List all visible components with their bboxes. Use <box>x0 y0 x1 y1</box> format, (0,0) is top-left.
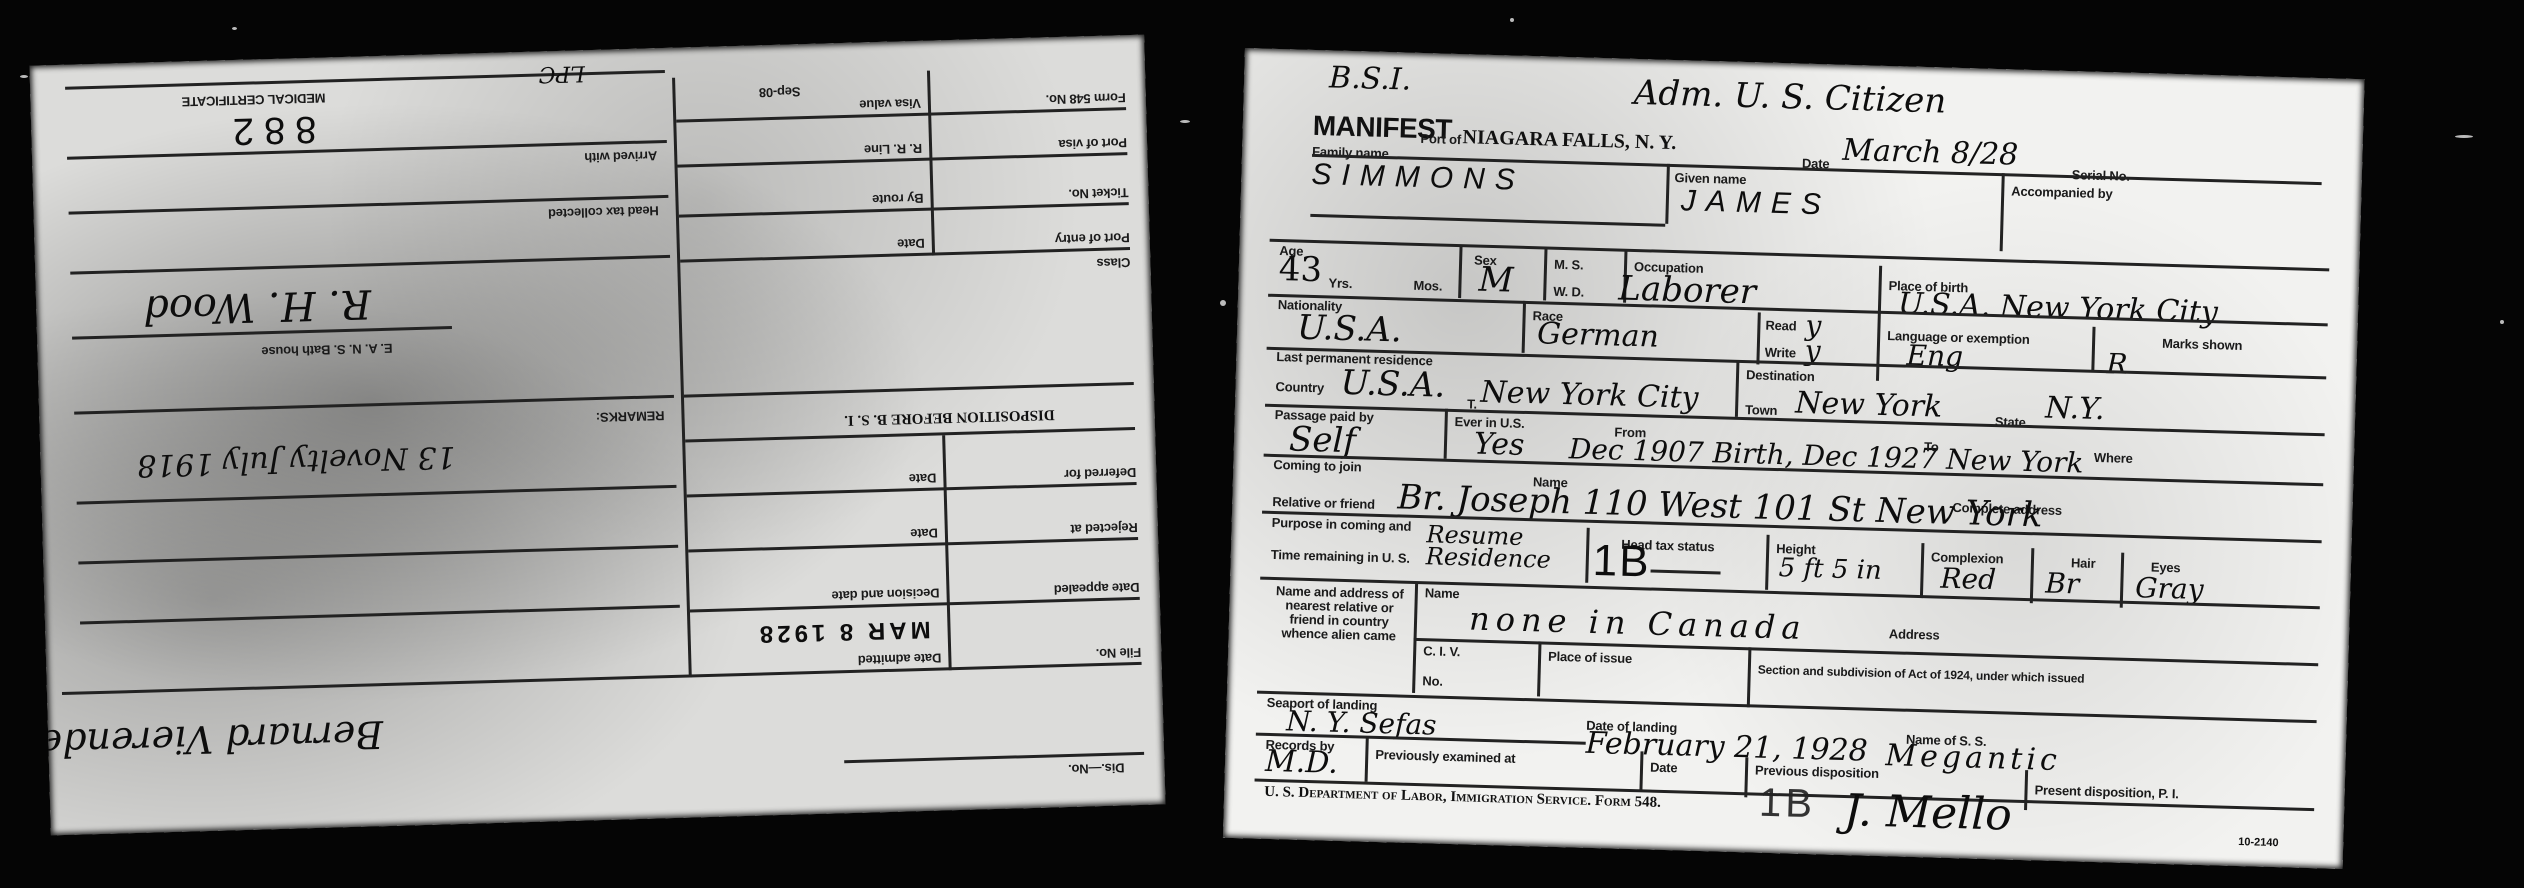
dust-speck <box>232 27 237 30</box>
divider <box>2000 173 2005 251</box>
remarks-text: 13 Novelty July 1918 <box>137 439 456 483</box>
dust-speck <box>1180 120 1190 123</box>
destination-label: Destination <box>1746 367 1815 384</box>
date-value: March 8/28 <box>1842 133 2019 173</box>
disposition-title: DISPOSITION BEFORE B. S. I. <box>844 405 1055 428</box>
divider <box>942 435 952 670</box>
dest-town-label: Town <box>1745 402 1778 418</box>
form-no-label: Form 548 No. <box>1046 90 1126 107</box>
head-tax-value: 1B <box>1592 536 1651 588</box>
back-date-label: Date <box>897 236 925 252</box>
ms-label: M. S. <box>1554 257 1584 273</box>
divider <box>80 605 680 625</box>
bottom-mark: LPC <box>538 60 585 86</box>
divider <box>1310 214 1665 227</box>
dust-speck <box>2455 135 2473 138</box>
divider <box>684 382 1134 398</box>
visa-date: Sep-08 <box>759 84 801 100</box>
rejected-date-label: Date <box>910 526 938 542</box>
port-value: NIAGARA FALLS, N. Y. <box>1462 126 1676 155</box>
divider <box>2120 553 2125 608</box>
divider <box>1765 535 1770 590</box>
nationality-value: U.S.A. <box>1297 308 1403 351</box>
divider <box>1920 543 1925 598</box>
yrs-label: Yrs. <box>1328 275 1352 291</box>
write-label: Write <box>1765 345 1797 361</box>
prev-date-label: Date <box>1650 760 1678 776</box>
port-visa-label: Port of visa <box>1058 135 1127 152</box>
country-label: Country <box>1275 379 1324 395</box>
divider <box>1458 246 1462 298</box>
civ-label: C. I. V. <box>1423 643 1460 659</box>
section-label: Section and subdivision of Act of 1924, … <box>1758 663 2085 686</box>
relative-label: Relative or friend <box>1272 494 1375 512</box>
divider <box>78 545 678 565</box>
file-no-label: File No. <box>1096 645 1142 661</box>
inspector-signature: J. Mello <box>1843 785 2012 841</box>
where-label: Where <box>2094 450 2133 466</box>
form-number: 10-2140 <box>2238 836 2279 849</box>
time-remaining-label: Time remaining in U. S. <box>1271 547 1410 566</box>
rejected-label: Rejected at <box>1070 520 1138 537</box>
divider <box>1665 164 1670 224</box>
dust-speck <box>1220 300 1226 306</box>
family-name: SIMMONS <box>1311 158 1525 198</box>
mos-label: Mos. <box>1413 278 1442 294</box>
divider <box>1270 239 2330 272</box>
deferred-label: Deferred for <box>1064 465 1136 482</box>
purpose-value: Resume Residence <box>1426 523 1577 571</box>
divider <box>1639 751 1643 791</box>
divider <box>1444 409 1448 459</box>
to-label: To <box>1924 439 1939 454</box>
deferred-date-label: Date <box>909 471 937 487</box>
back-top-signature: Bernard Vierendeel <box>29 712 383 767</box>
prev-disposition-label: Previous disposition <box>1755 763 1879 781</box>
ever-in-us-value: Yes <box>1474 427 1525 463</box>
divider <box>74 395 674 415</box>
decision-label: Decision and date <box>832 586 940 604</box>
age-value: 43 <box>1278 249 1322 290</box>
prev-disposition-value: 1B <box>1758 781 1816 828</box>
date-admitted-label: Date admitted <box>858 650 942 667</box>
divider <box>1522 301 1526 353</box>
read-label: Read <box>1765 318 1796 334</box>
place-of-birth-value: U.S.A. New York City <box>1898 286 2219 330</box>
port-label: Port of <box>1420 131 1461 147</box>
divider <box>2091 327 2095 372</box>
dust-speck <box>20 75 28 78</box>
visa-value-label: Visa value <box>859 96 921 113</box>
dust-speck <box>1510 18 1514 22</box>
dash-mark <box>1651 570 1721 575</box>
records-value: M.D. <box>1265 744 1339 781</box>
certified-label: E. A. N. S. Bath house <box>261 341 392 360</box>
divider <box>1365 737 1369 782</box>
marks-value: R <box>2106 347 2128 381</box>
nr-address-label: Address <box>1889 626 1940 642</box>
marks-label: Marks shown <box>2162 336 2243 353</box>
date-admitted-stamp: MAR 8 1928 <box>755 615 930 648</box>
country-value: U.S.A. <box>1340 363 1446 406</box>
port-label: Port of entry <box>1055 230 1130 247</box>
prev-examined-label: Previously examined at <box>1375 747 1515 766</box>
divider <box>62 662 1142 695</box>
divider <box>1537 641 1542 696</box>
divider <box>1585 528 1590 583</box>
divider <box>1747 647 1752 707</box>
medical-number: 882 <box>222 107 317 153</box>
nr-name-label: Name <box>1425 585 1460 601</box>
date-appealed-label: Date appealed <box>1054 580 1140 597</box>
date-landing-value: February 21, 1928 <box>1585 726 1868 769</box>
by-route-label: By route <box>872 191 924 207</box>
manifest-card-back: Dis.—No. Bernard Vierendeel File No. Dat… <box>29 35 1165 836</box>
divider <box>67 140 667 160</box>
present-disposition-label: Present disposition, P. I. <box>2034 782 2178 801</box>
no-label: No. <box>1422 673 1443 689</box>
height-value: 5 ft 5 in <box>1778 553 1882 586</box>
nearest-relative-label: Name and address of nearest relative or … <box>1268 584 1410 644</box>
dust-speck <box>2500 320 2504 324</box>
bsi-annotation: B.S.I. <box>1329 60 1412 97</box>
ticket-label: Ticket No. <box>1068 185 1128 202</box>
rr-line-label: R. R. Line <box>864 141 922 158</box>
purpose-label: Purpose in coming and <box>1272 515 1412 534</box>
name-ss-value: Megantic <box>1885 738 2061 778</box>
coming-to-join-label: Coming to join <box>1273 457 1362 474</box>
class-label: Class <box>1096 255 1130 271</box>
manifest-card-front: B.S.I. Adm. U. S. Citizen MANIFEST Port … <box>1223 48 2365 869</box>
nr-name-value: none in Canada <box>1469 599 1807 646</box>
given-name: JAMES <box>1680 184 1831 222</box>
divider <box>2030 548 2035 603</box>
divider <box>927 71 935 256</box>
arrived-label: Arrived with <box>584 148 657 165</box>
divider <box>672 78 692 678</box>
place-of-issue-label: Place of issue <box>1548 649 1632 666</box>
accompanied-label: Accompanied by <box>2011 183 2113 201</box>
back-top-note: Dis.—No. <box>1068 760 1125 777</box>
head-tax-label: Head tax collected <box>548 203 659 221</box>
divider <box>77 485 677 505</box>
divider <box>70 255 670 275</box>
inspector-signature-back: R. H. Wood <box>143 280 372 332</box>
citizen-annotation: Adm. U. S. Citizen <box>1633 73 1946 122</box>
ms-sub-label: W. D. <box>1553 284 1584 300</box>
remarks-label: REMARKS: <box>596 408 665 425</box>
card-back-wrapper: Dis.—No. Bernard Vierendeel File No. Dat… <box>29 35 1165 836</box>
divider <box>1756 312 1760 364</box>
complexion-value: Red <box>1940 562 1996 597</box>
sex-value: M <box>1478 260 1514 301</box>
ever-detail: Dec 1907 Birth, Dec 1927 New York <box>1568 432 2083 479</box>
divider <box>2024 770 2028 810</box>
divider <box>685 427 1135 443</box>
dest-state-value: N.Y. <box>2045 390 2105 427</box>
hair-value: Br <box>2045 567 2080 601</box>
race-value: German <box>1537 316 1660 354</box>
divider <box>1735 362 1740 417</box>
divider <box>1543 248 1547 300</box>
